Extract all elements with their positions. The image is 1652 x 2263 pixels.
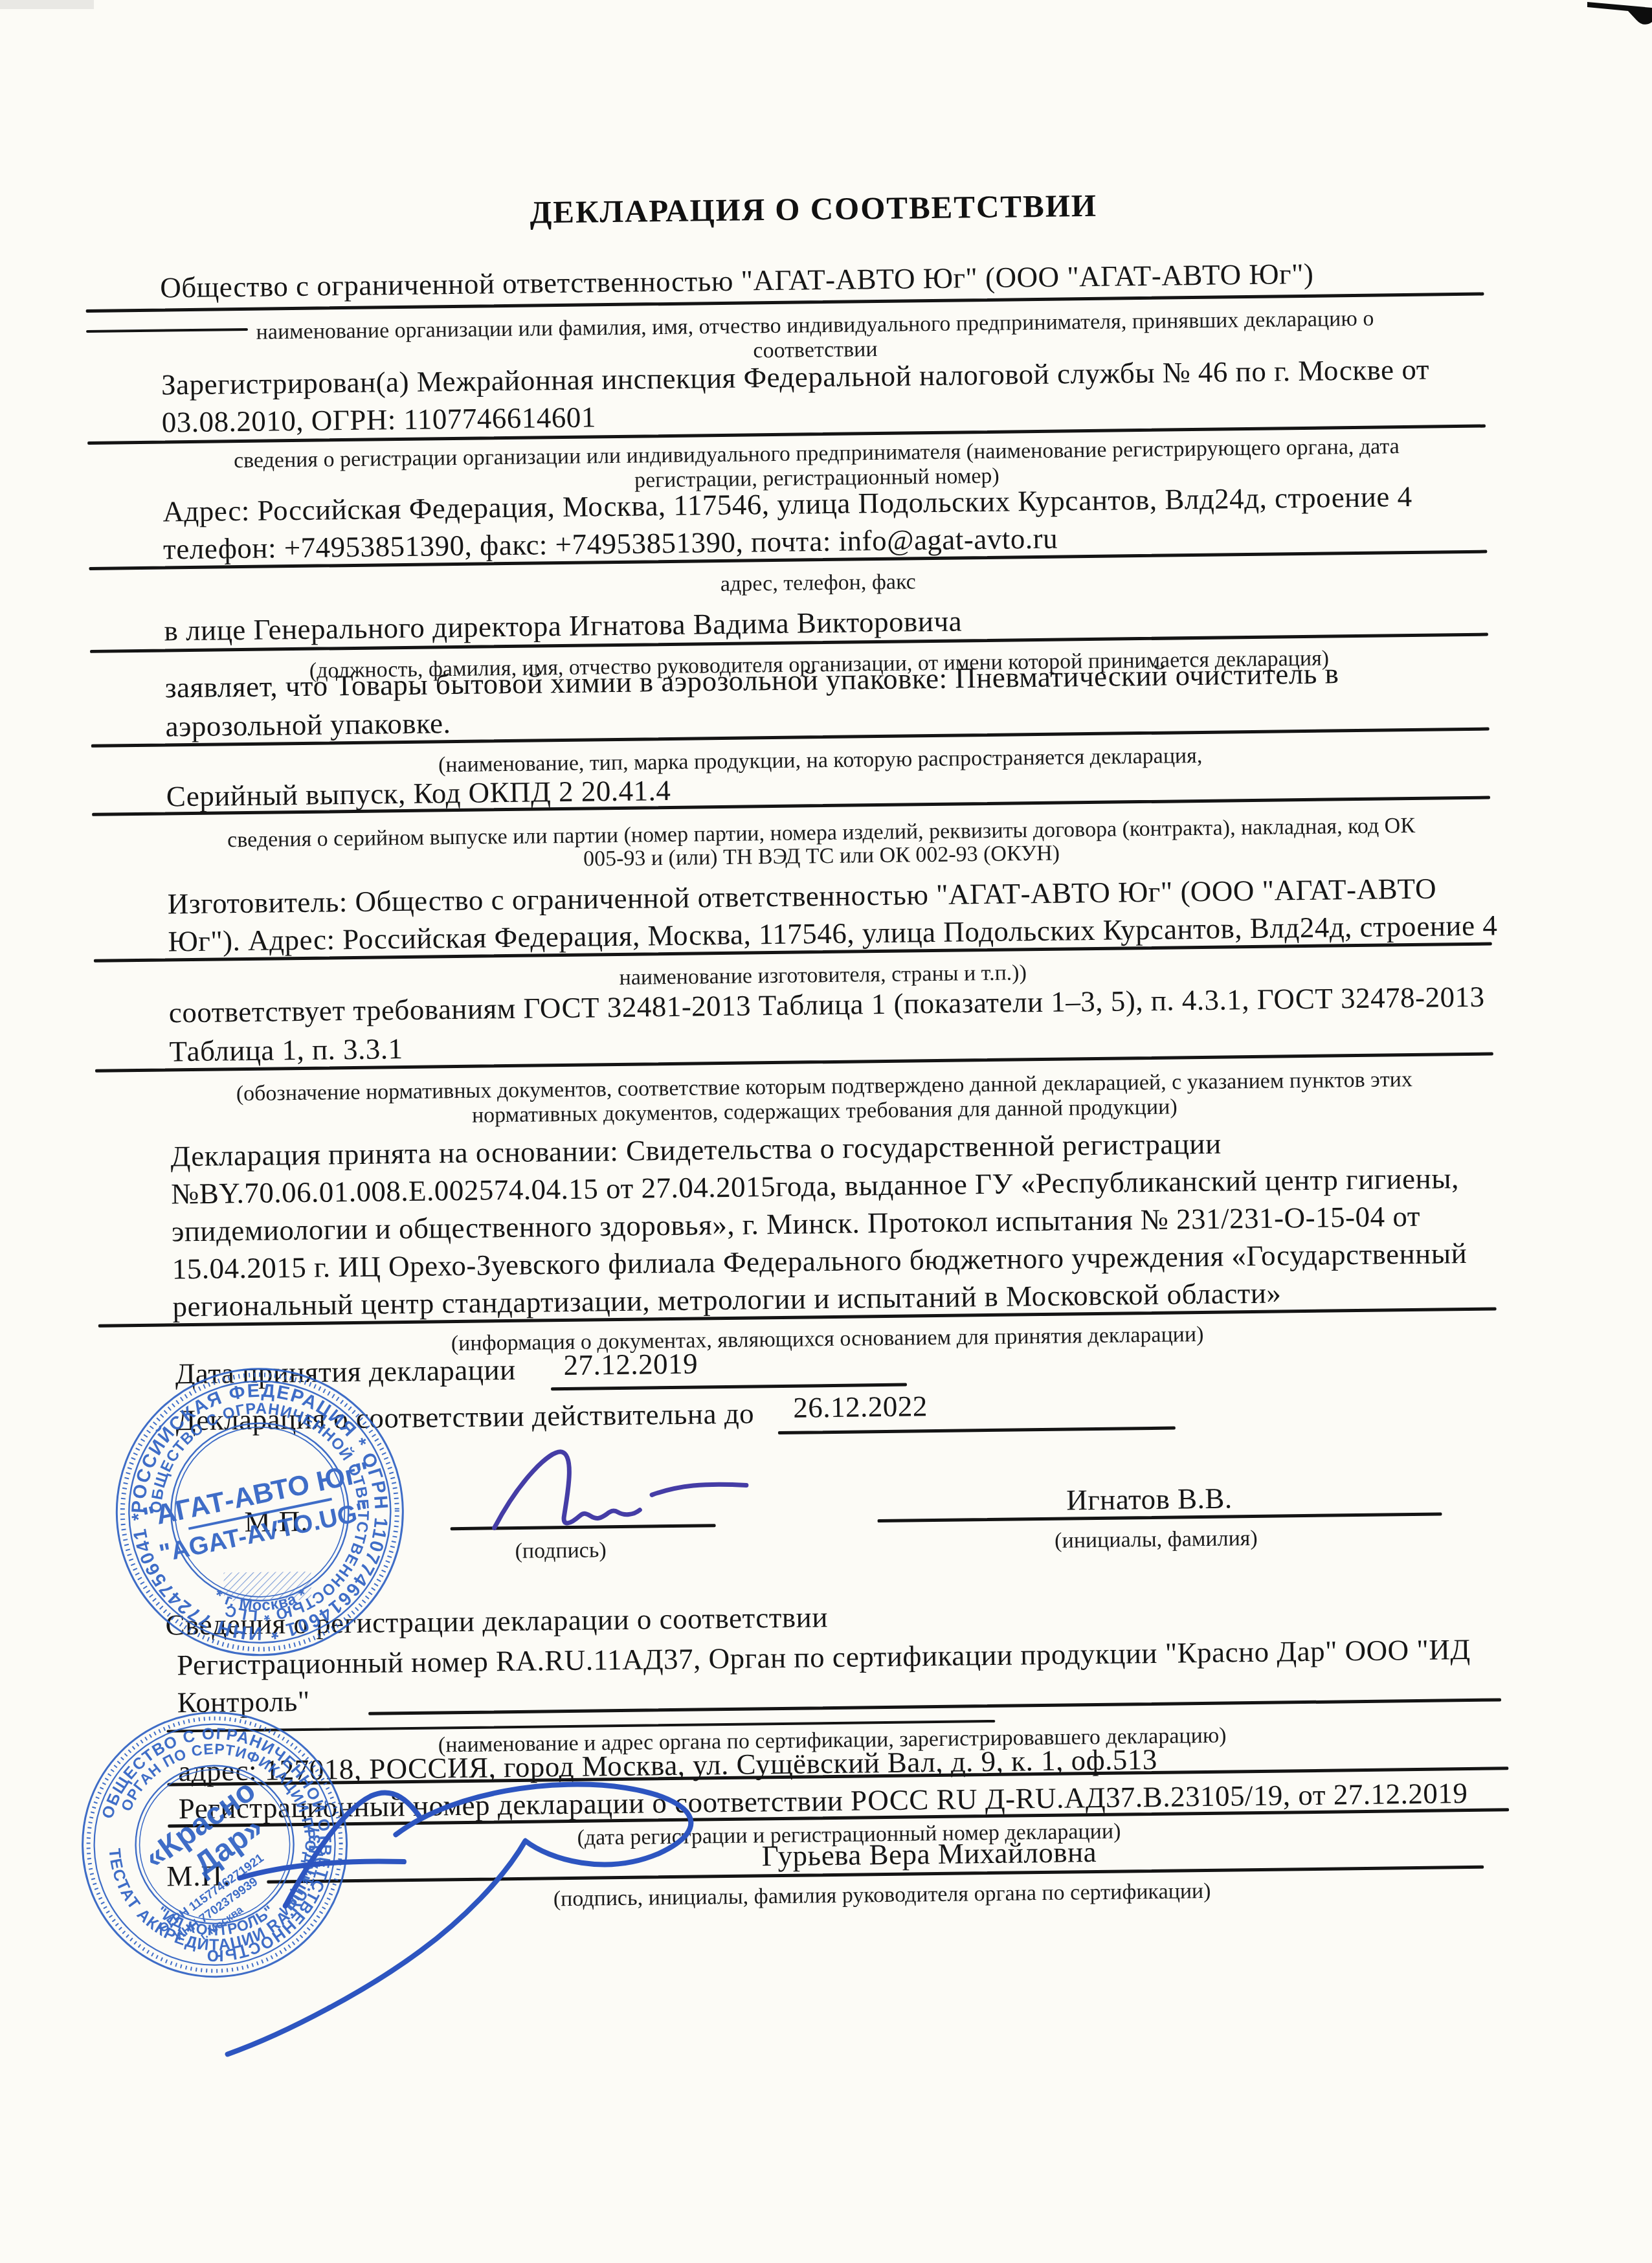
signature-caption: (подпись)	[431, 1537, 690, 1565]
head-signature-caption: (подпись, инициалы, фамилия руководителя…	[267, 1875, 1497, 1915]
signature-line	[451, 1524, 716, 1530]
signer-name: Игнатов В.В.	[1066, 1482, 1233, 1517]
agat-avto-stamp: РОССИЙСКАЯ ФЕДЕРАЦИЯ * ОГРН 110774661460…	[113, 1365, 407, 1659]
krasno-dar-stamp: ОБЩЕСТВО С ОГРАНИЧЕННОЙ ОТВЕТСТВЕННОСТЬЮ…	[78, 1708, 351, 1981]
registration-line: 03.08.2010, ОГРН: 1107746614601	[161, 401, 596, 439]
product-line: аэрозольной упаковке.	[165, 708, 451, 743]
address-caption: адрес, телефон, факс	[96, 563, 1541, 605]
ignatov-signature	[493, 1449, 746, 1528]
page-title: ДЕКЛАРАЦИЯ О СООТВЕТСТВИИ	[0, 181, 1640, 238]
product-caption: (наименование, тип, марка продукции, на …	[98, 739, 1543, 781]
valid-until-value: 26.12.2022	[793, 1390, 928, 1424]
conformity-line: Таблица 1, п. 3.3.1	[169, 1033, 403, 1068]
basis-line: Декларация принята на основании: Свидете…	[170, 1128, 1222, 1173]
initials-caption: (инициалы, фамилия)	[1014, 1526, 1299, 1554]
accept-date-value: 27.12.2019	[563, 1348, 698, 1382]
head-name: Гурьева Вера Михайловна	[762, 1836, 1097, 1873]
underline	[551, 1383, 907, 1391]
underline	[778, 1427, 1176, 1435]
underline	[368, 1698, 1501, 1715]
document-page: ДЕКЛАРАЦИЯ О СООТВЕТСТВИИ Общество с огр…	[0, 0, 1652, 2263]
